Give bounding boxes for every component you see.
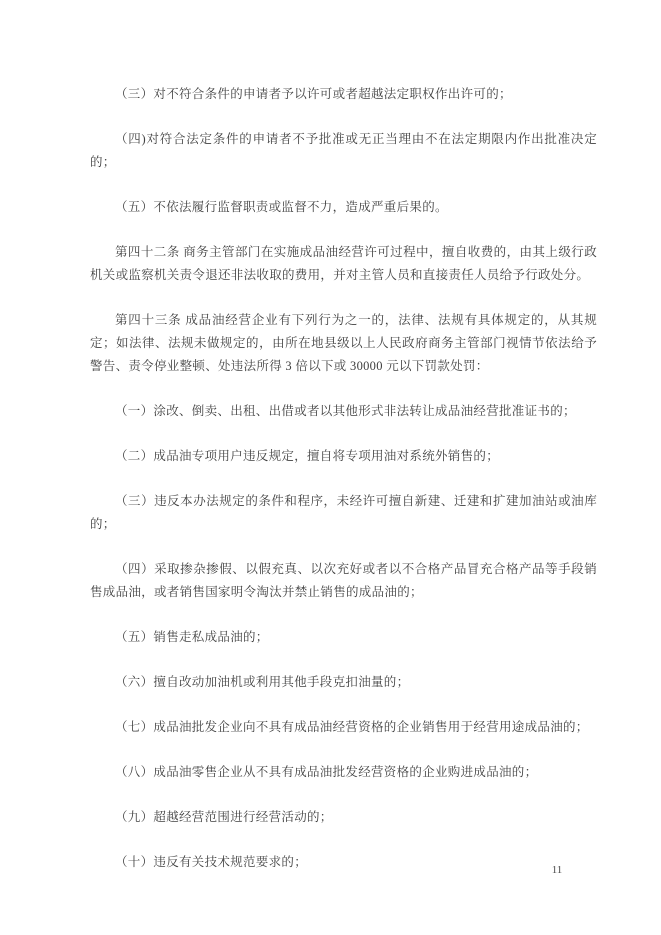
paragraph-item-4-adulterated-products: （四）采取掺杂掺假、以假充真、以次充好或者以不合格产品冒充合格产品等手段销售成品…	[90, 558, 597, 604]
paragraph-article-42: 第四十二条 商务主管部门在实施成品油经营许可过程中，擅自收费的，由其上级行政机关…	[90, 241, 597, 287]
paragraph-item-9-scope-violation: （九）超越经营范围进行经营活动的；	[90, 806, 597, 829]
document-page: （三）对不符合条件的申请者予以许可或者超越法定职权作出许可的； （四)对符合法定…	[0, 0, 661, 935]
paragraph-item-7-wholesale-violation: （七）成品油批发企业向不具有成品油经营资格的企业销售用于经营用途成品油的；	[90, 716, 597, 739]
paragraph-item-2-special-use-oil: （二）成品油专项用户违反规定，擅自将专项用油对系统外销售的；	[90, 445, 597, 468]
paragraph-item-10-technical-violation: （十）违反有关技术规范要求的；	[90, 851, 597, 874]
paragraph-item-3-unauthorized-construction: （三）违反本办法规定的条件和程序，未经许可擅自新建、迁建和扩建加油站或油库的；	[90, 490, 597, 536]
page-number: 11	[547, 864, 567, 876]
paragraph-item-4-approval-delay: （四)对符合法定条件的申请者不予批准或无正当理由不在法定期限内作出批准决定的；	[90, 128, 597, 174]
paragraph-article-43: 第四十三条 成品油经营企业有下列行为之一的，法律、法规有具体规定的，从其规定；如…	[90, 309, 597, 378]
paragraph-item-3-license-violation: （三）对不符合条件的申请者予以许可或者超越法定职权作出许可的；	[90, 83, 597, 106]
paragraph-item-5-smuggled-oil: （五）销售走私成品油的；	[90, 626, 597, 649]
paragraph-item-5-supervision-failure: （五）不依法履行监督职责或监督不力，造成严重后果的。	[90, 196, 597, 219]
document-body: （三）对不符合条件的申请者予以许可或者超越法定职权作出许可的； （四)对符合法定…	[90, 83, 597, 896]
paragraph-item-1-certificate-transfer: （一）涂改、倒卖、出租、出借或者以其他形式非法转让成品油经营批准证书的；	[90, 400, 597, 423]
paragraph-item-8-retail-violation: （八）成品油零售企业从不具有成品油批发经营资格的企业购进成品油的；	[90, 761, 597, 784]
paragraph-item-6-tampered-dispenser: （六）擅自改动加油机或利用其他手段克扣油量的；	[90, 671, 597, 694]
